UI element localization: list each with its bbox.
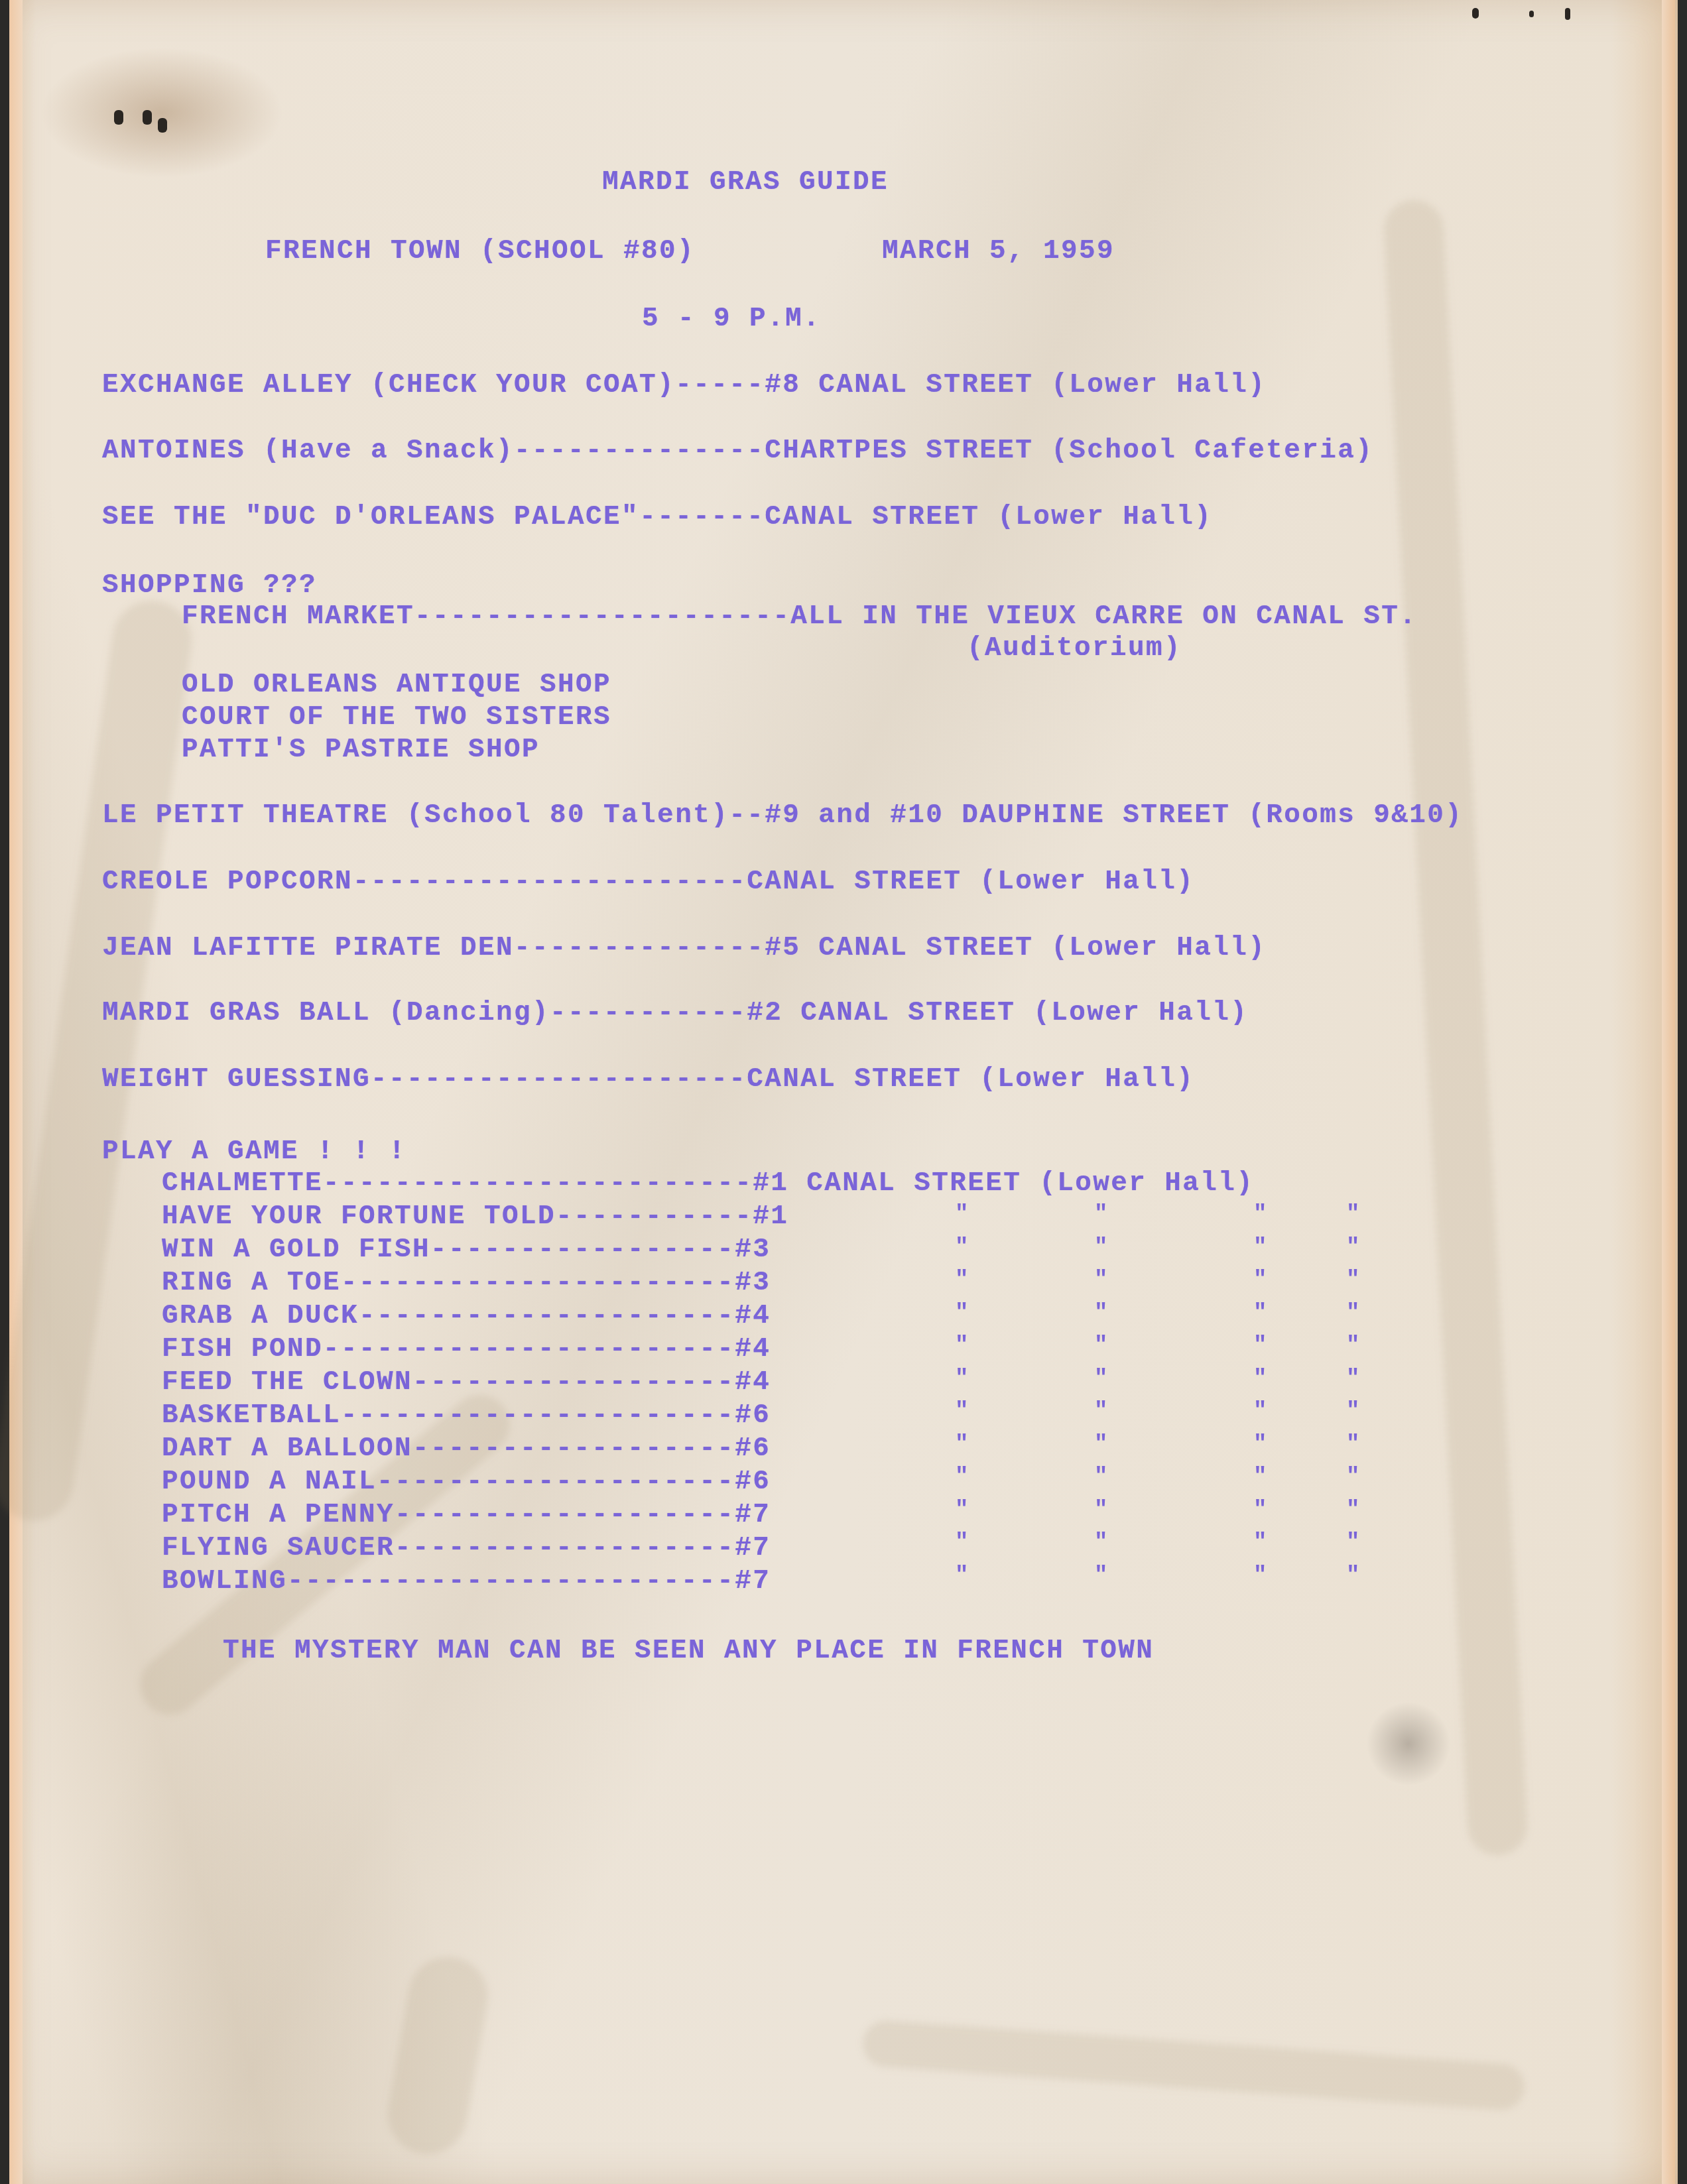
school-name: FRENCH TOWN (SCHOOL #80) <box>265 235 695 268</box>
game-flying-saucer: FLYING SAUCER-------------------#7 <box>162 1532 771 1565</box>
ditto-mark: " <box>955 1398 968 1424</box>
entry-mardi-gras-ball: MARDI GRAS BALL (Dancing)-----------#2 C… <box>102 997 1248 1030</box>
ditto-mark: " <box>1253 1201 1267 1227</box>
ditto-mark: " <box>1253 1333 1267 1358</box>
ditto-mark: " <box>1094 1530 1107 1555</box>
ditto-mark: " <box>1253 1563 1267 1588</box>
ditto-mark: " <box>1346 1563 1359 1588</box>
ditto-mark: " <box>1094 1267 1107 1292</box>
games-heading: PLAY A GAME ! ! ! <box>102 1135 406 1168</box>
game-fish-pond: FISH POND-----------------------#4 <box>162 1333 771 1366</box>
shopping-heading: SHOPPING ??? <box>102 569 317 602</box>
game-feed-the-clown: FEED THE CLOWN------------------#4 <box>162 1366 771 1399</box>
ditto-mark: " <box>1346 1201 1359 1227</box>
game-grab-a-duck: GRAB A DUCK---------------------#4 <box>162 1300 771 1333</box>
game-pound-a-nail: POUND A NAIL--------------------#6 <box>162 1465 771 1498</box>
ditto-mark: " <box>1094 1333 1107 1358</box>
ditto-mark: " <box>1253 1431 1267 1457</box>
ditto-mark: " <box>1253 1398 1267 1424</box>
ditto-mark: " <box>1094 1300 1107 1325</box>
ditto-mark: " <box>1094 1366 1107 1391</box>
ditto-mark: " <box>955 1366 968 1391</box>
event-time: 5 - 9 P.M. <box>642 302 821 335</box>
entry-jean-lafitte-pirate-den: JEAN LAFITTE PIRATE DEN--------------#5 … <box>102 932 1266 965</box>
ditto-mark: " <box>1346 1267 1359 1292</box>
game-bowling: BOWLING-------------------------#7 <box>162 1565 771 1598</box>
entry-antoines: ANTOINES (Have a Snack)--------------CHA… <box>102 434 1373 467</box>
ditto-mark: " <box>955 1563 968 1588</box>
ditto-mark: " <box>1346 1431 1359 1457</box>
ditto-mark: " <box>1346 1464 1359 1489</box>
ditto-mark: " <box>1346 1300 1359 1325</box>
shopping-location-note: (Auditorium) <box>967 632 1182 665</box>
entry-exchange-alley: EXCHANGE ALLEY (CHECK YOUR COAT)-----#8 … <box>102 369 1266 402</box>
ditto-mark: " <box>955 1267 968 1292</box>
ditto-mark: " <box>955 1431 968 1457</box>
ditto-mark: " <box>1253 1464 1267 1489</box>
ditto-mark: " <box>1346 1333 1359 1358</box>
ditto-mark: " <box>1094 1464 1107 1489</box>
ditto-mark: " <box>1094 1235 1107 1260</box>
entry-weight-guessing: WEIGHT GUESSING---------------------CANA… <box>102 1063 1194 1096</box>
document-title: MARDI GRAS GUIDE <box>602 166 889 199</box>
shopping-french-market: FRENCH MARKET---------------------ALL IN… <box>182 600 1417 633</box>
ditto-mark: " <box>1094 1431 1107 1457</box>
ditto-mark: " <box>1346 1530 1359 1555</box>
ditto-mark: " <box>955 1300 968 1325</box>
game-dart-a-balloon: DART A BALLOON------------------#6 <box>162 1432 771 1465</box>
ditto-mark: " <box>1094 1398 1107 1424</box>
ditto-mark: " <box>955 1464 968 1489</box>
ditto-mark: " <box>1253 1530 1267 1555</box>
ditto-mark: " <box>1346 1235 1359 1260</box>
shopping-item: COURT OF THE TWO SISTERS <box>182 701 611 734</box>
ditto-mark: " <box>955 1235 968 1260</box>
ditto-mark: " <box>1253 1300 1267 1325</box>
entry-duc-dorleans-palace: SEE THE "DUC D'ORLEANS PALACE"-------CAN… <box>102 501 1212 534</box>
entry-le-petit-theatre: LE PETIT THEATRE (School 80 Talent)--#9 … <box>102 799 1463 832</box>
ditto-mark: " <box>1346 1497 1359 1522</box>
game-pitch-a-penny: PITCH A PENNY-------------------#7 <box>162 1498 771 1532</box>
event-date: MARCH 5, 1959 <box>882 235 1115 268</box>
footer-mystery-man: THE MYSTERY MAN CAN BE SEEN ANY PLACE IN… <box>223 1634 1154 1668</box>
shopping-item: PATTI'S PASTRIE SHOP <box>182 733 540 766</box>
ditto-mark: " <box>1094 1201 1107 1227</box>
ditto-mark: " <box>955 1530 968 1555</box>
ditto-mark: " <box>1094 1497 1107 1522</box>
ditto-mark: " <box>1094 1563 1107 1588</box>
ditto-mark: " <box>955 1497 968 1522</box>
game-ring-a-toe: RING A TOE----------------------#3 <box>162 1266 771 1300</box>
ditto-mark: " <box>1346 1398 1359 1424</box>
ditto-mark: " <box>1253 1497 1267 1522</box>
game-chalmette: CHALMETTE------------------------#1 CANA… <box>162 1167 1254 1200</box>
ditto-mark: " <box>955 1201 968 1227</box>
ditto-mark: " <box>1253 1267 1267 1292</box>
ditto-mark: " <box>1253 1366 1267 1391</box>
ditto-mark: " <box>1253 1235 1267 1260</box>
game-fortune-told: HAVE YOUR FORTUNE TOLD-----------#1 <box>162 1200 788 1233</box>
game-basketball: BASKETBALL----------------------#6 <box>162 1399 771 1432</box>
ditto-mark: " <box>955 1333 968 1358</box>
entry-creole-popcorn: CREOLE POPCORN----------------------CANA… <box>102 865 1194 898</box>
shopping-item: OLD ORLEANS ANTIQUE SHOP <box>182 668 611 701</box>
ditto-mark: " <box>1346 1366 1359 1391</box>
typed-document: MARDI GRAS GUIDE FRENCH TOWN (SCHOOL #80… <box>0 0 1687 2184</box>
game-gold-fish: WIN A GOLD FISH-----------------#3 <box>162 1233 771 1266</box>
